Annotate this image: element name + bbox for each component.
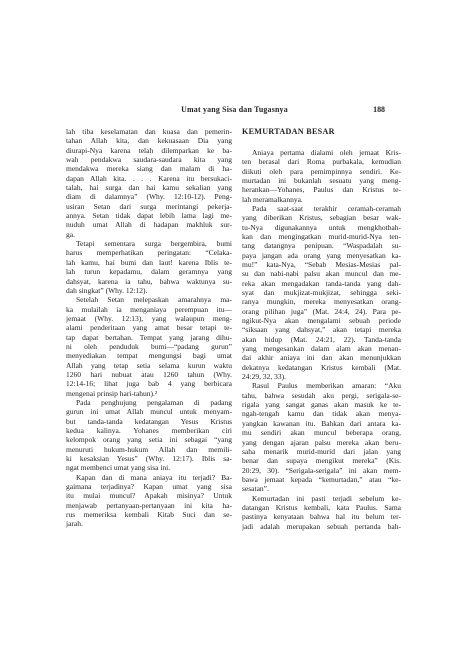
book-page: Umat yang Sisa dan Tugasnya 188 lah tiba… xyxy=(0,0,460,650)
text-line: datangan Kristus kembali, kata Paulus. S… xyxy=(242,503,401,512)
text-line: tu-Nya digunakannya untuk mengkhotbah- xyxy=(242,223,401,232)
text-line: usiran Setan dari surga merintangi peker… xyxy=(66,202,232,211)
text-line: yangkan kawanan itu. Bahkan dari antara … xyxy=(242,419,401,428)
running-header-title: Umat yang Sisa dan Tugasnya xyxy=(66,105,403,114)
text-line: reka akan mengadakan tanda-tanda yang da… xyxy=(242,279,401,288)
text-line: 20:29, 30). “Serigala-serigala” ini akan… xyxy=(242,466,401,475)
text-line: paya jangan ada orang yang menyesatkan k… xyxy=(242,251,401,260)
text-line: pastinya kenyataan bahwa hal itu belum t… xyxy=(242,512,401,521)
text-line: saha menarik murid-murid dari jalan yang xyxy=(242,447,401,456)
text-line: kan dan mengingatkan murid-murid-Nya ten… xyxy=(242,232,401,241)
page-number: 188 xyxy=(373,105,385,114)
text-line: Kapan dan di mana aniaya itu terjadi? Ba… xyxy=(66,473,232,482)
left-column: lah tiba keselamatan dan kuasa dan pemer… xyxy=(66,127,232,529)
text-line: ki kesaksian Yesus” (Why. 12:17). Iblis … xyxy=(66,454,232,463)
right-column: KEMURTADAN BESAR Aniaya pertama dialami … xyxy=(242,127,401,531)
text-line: lah turun kepadamu, dalam geramnya yang xyxy=(66,267,232,276)
text-line: Kemurtadan ini pasti terjadi sebelum ke- xyxy=(242,494,401,503)
text-line: lah meramalkannya. xyxy=(242,195,401,204)
text-line: mu!” kata-Nya, “Sebab Mesias-Mesias pal- xyxy=(242,260,401,269)
text-line: menyediakan tempat mengungsi bagi umat xyxy=(66,351,232,360)
text-line: dekatnya kedatangan Kristus kembali (Mat… xyxy=(242,363,401,372)
text-line: tahan Allah kita, dan kekuasaan Dia yang xyxy=(66,136,232,145)
text-line: 24:29, 32, 33). xyxy=(242,372,401,381)
text-line: menjawab pertanyaan-pertanyaan ini kita … xyxy=(66,501,232,510)
text-line: ngah-tengah kamu dan tidak akan menya- xyxy=(242,409,401,418)
text-line: diikuti oleh para pemimpinnya sendiri. K… xyxy=(242,167,401,176)
text-line: Setelah Setan melepaskan amarahnya ma- xyxy=(66,295,232,304)
text-line: dai akhir aniaya ini dan akan menunjukka… xyxy=(242,353,401,362)
text-line: orang pilihan juga” (Mat. 24:4, 24). Par… xyxy=(242,307,401,316)
text-line: harus memperhatikan peringatan: “Celaka- xyxy=(66,248,232,257)
text-line: diam di dalamnya” (Why. 12:10-12). Peng- xyxy=(66,192,232,201)
text-line: Pada penghujung pengalaman di padang xyxy=(66,398,232,407)
text-line: ngat membenci umat yang sisa ini. xyxy=(66,463,232,472)
text-line: ni oleh penduduk bumi—“padang gurun” xyxy=(66,342,232,351)
text-line: “siksaan yang dahsyat,” akan tetapi mere… xyxy=(242,325,401,334)
text-line: mendakwa mereka siang dan malam di ha- xyxy=(66,164,232,173)
text-line: menuruti hukum-hukum Allah dan memili- xyxy=(66,445,232,454)
text-line: kedua kalinya. Yohanes memberikan ciri xyxy=(66,426,232,435)
text-line: Aniaya pertama dialami oleh jemaat Kris- xyxy=(242,148,401,157)
text-line: rigala yang sangat ganas akan masuk ke t… xyxy=(242,400,401,409)
text-line: ten berasal dari Roma purbakala, kemudia… xyxy=(242,157,401,166)
text-line: bawa jemaat kepada “kemurtadan,” atau “k… xyxy=(242,475,401,484)
text-line: dahsyat, karena ia tahu, bahwa waktunya … xyxy=(66,277,232,286)
text-line: ngikut-Nya akan mengalami sebuah periode xyxy=(242,316,401,325)
text-line: jemaat (Why. 12:13), yang walaupun meng- xyxy=(66,314,232,323)
text-line: dah singkat” (Why. 12:12). xyxy=(66,286,232,295)
text-line: wah pendakwa saudara-saudara kita yang xyxy=(66,155,232,164)
text-line: gaimana terjadinya? Kapan umat yang sisa xyxy=(66,482,232,491)
text-line: rus memeriksa kembali Kitab Suci dan se- xyxy=(66,510,232,519)
text-line: itu mulai muncul? Apakah misinya? Untuk xyxy=(66,491,232,500)
text-line: akan hidup (Mat. 24:21, 22). Tanda-tanda xyxy=(242,335,401,344)
text-line: but tanda-tanda kedatangan Yesus Kristus xyxy=(66,417,232,426)
text-line: sesatan”. xyxy=(242,484,401,493)
running-header: Umat yang Sisa dan Tugasnya 188 xyxy=(66,105,403,117)
text-line: Rasul Paulus memberikan amaran: “Aku xyxy=(242,381,401,390)
text-line: 1260 hari nubuat atau 1260 tahun (Why. xyxy=(66,370,232,379)
text-line: herankan—Yohanes, Paulus dan Kristus te- xyxy=(242,185,401,194)
text-line: lah tiba keselamatan dan kuasa dan pemer… xyxy=(66,127,232,136)
text-line: dapan Allah kita. . . . Karena itu bersu… xyxy=(66,174,232,183)
text-line: tahu, bahwa sesudah aku pergi, serigala-… xyxy=(242,391,401,400)
text-line: tap dapat bertahan. Tempat yang jarang d… xyxy=(66,333,232,342)
section-heading: KEMURTADAN BESAR xyxy=(242,127,401,136)
text-line: annya. Setan tidak dapat lebih lama lagi… xyxy=(66,211,232,220)
text-line: lah kamu, hai bumi dan laut! karena Ibli… xyxy=(66,258,232,267)
text-line: mu sendiri akan muncul beberapa orang, xyxy=(242,428,401,437)
text-line: ga. xyxy=(66,230,232,239)
text-line: kelompok orang yang setia ini sebagai “y… xyxy=(66,435,232,444)
text-line: syat dan mukjizat-mukjizat, sehingga sek… xyxy=(242,288,401,297)
text-line: su dan nabi-nabi palsu akan muncul dan m… xyxy=(242,269,401,278)
text-line: yang mengesankan dalam alam akan menan- xyxy=(242,344,401,353)
text-line: jadi adalah merupakan sebuah pertanda ba… xyxy=(242,522,401,531)
text-line: yang diberikan Kristus, sebagian besar w… xyxy=(242,213,401,222)
text-line: Allah yang tetap setia selama kurun wakt… xyxy=(66,361,232,370)
text-line: jarah. xyxy=(66,519,232,528)
right-column-text: Aniaya pertama dialami oleh jemaat Kris-… xyxy=(242,148,401,531)
text-line: mengenai prinsip hari-tahun).² xyxy=(66,389,232,398)
text-line: Tetapi sementara surga bergembira, bumi xyxy=(66,239,232,248)
text-line: nuduh umat Allah di hadapan makhluk sur- xyxy=(66,220,232,229)
text-line: talah, hai surga dan hai kamu sekalian y… xyxy=(66,183,232,192)
text-line: ranya mungkin, mereka menyesatkan orang- xyxy=(242,297,401,306)
text-line: 12:14-16; lihat juga bab 4 yang berbicar… xyxy=(66,379,232,388)
text-line: ka mulailah ia menganiaya perempuan itu— xyxy=(66,305,232,314)
text-line: gurun ini umat Allah muncul untuk menyam… xyxy=(66,407,232,416)
text-line: tang datangnya penipuan. “Waspadalah su- xyxy=(242,241,401,250)
text-line: benar dan supaya mengikut mereka” (Kis. xyxy=(242,456,401,465)
text-line: alami penderitaan yang amat besar tetapi… xyxy=(66,323,232,332)
text-line: yang dengan ajaran palsu mereka akan ber… xyxy=(242,438,401,447)
text-line: diurapi-Nya karena telah dilemparkan ke … xyxy=(66,146,232,155)
text-line: murtadan ini bukanlah sesuatu yang meng- xyxy=(242,176,401,185)
text-line: Pada saat-saat terakhir ceramah-ceramah xyxy=(242,204,401,213)
